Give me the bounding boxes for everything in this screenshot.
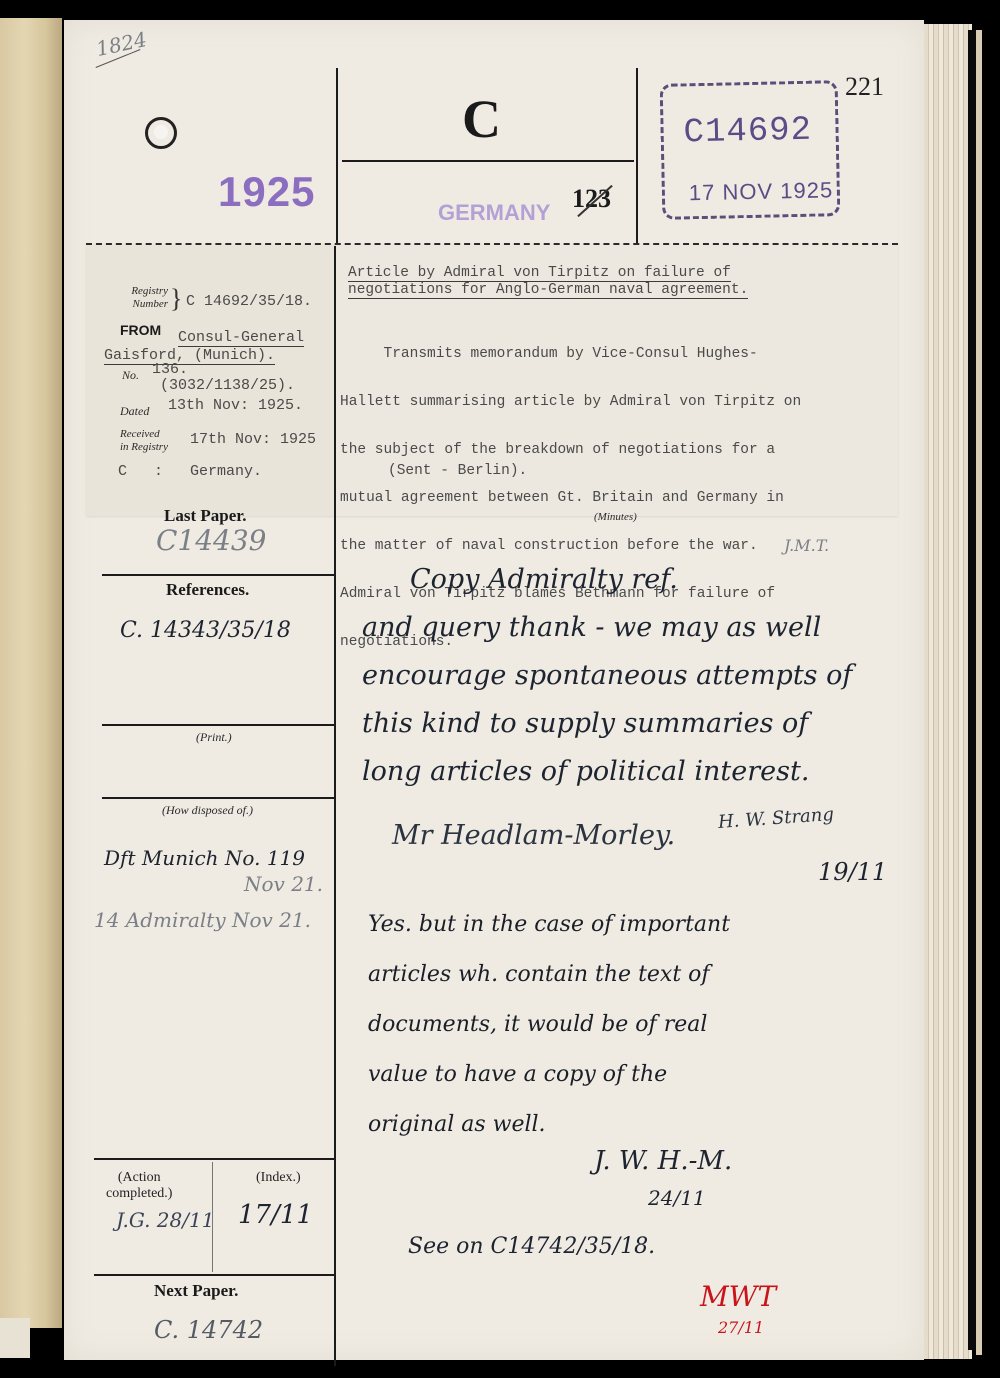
registry-number: C 14692/35/18.: [186, 294, 312, 310]
left-binding-spine: [0, 18, 62, 1328]
minute-1-line: long articles of political interest.: [362, 748, 852, 796]
subject-body-line: the subject of the breakdown of negotiat…: [340, 442, 801, 458]
punch-hole-mark: [145, 117, 177, 149]
divider-disposal: [102, 797, 334, 799]
subject-body-line: Transmits memorandum by Vice-Consul Hugh…: [340, 346, 801, 362]
next-paper-label: Next Paper.: [154, 1281, 238, 1301]
references-label: References.: [166, 580, 249, 600]
divider-next-paper: [94, 1274, 334, 1276]
divider-references: [102, 574, 334, 576]
minute-1-addressee: Mr Headlam-Morley.: [392, 820, 675, 851]
left-binding-edge: [0, 1318, 30, 1358]
dated-value: 13th Nov: 1925.: [168, 398, 303, 414]
minute-2-line: original as well.: [368, 1100, 730, 1150]
received-label: Received in Registry: [120, 428, 168, 454]
country-number: 123: [572, 184, 611, 214]
folio-number: 221: [845, 72, 884, 102]
from-line-1: Consul-General: [178, 330, 304, 347]
received-value: 17th Nov: 1925: [190, 432, 316, 448]
registry-stamp-date: 17 NOV 1925: [689, 177, 834, 206]
minute-2: Yes. but in the case of important articl…: [368, 900, 730, 1150]
dated-label: Dated: [120, 404, 149, 419]
slip-top-edge: [86, 243, 898, 245]
disposal-line-1-date: Nov 21.: [244, 872, 323, 896]
minute-2-line: value to have a copy of the: [368, 1050, 730, 1100]
minutes-label: (Minutes): [594, 511, 637, 523]
no-label: No.: [122, 368, 139, 383]
last-paper-value: C14439: [156, 524, 267, 557]
minute-1-line: encourage spontaneous attempts of: [362, 652, 852, 700]
index-label: (Index.): [256, 1170, 301, 1186]
department-letter: C: [462, 88, 501, 150]
disposal-line-2: 14 Admiralty Nov 21.: [94, 908, 311, 932]
disposal-line-1: Dft Munich No. 119: [104, 846, 305, 870]
column-divider: [334, 246, 336, 1366]
action-completed-value: J.G. 28/11: [116, 1208, 214, 1232]
registry-number-label: Registry Number: [122, 285, 168, 311]
subject-body-line: mutual agreement between Gt. Britain and…: [340, 490, 801, 506]
from-line-2: Gaisford, (Munich).: [104, 348, 275, 365]
minute-2-signature: J. W. H.-M.: [594, 1146, 732, 1176]
minute-2-line: Yes. but in the case of important: [368, 900, 730, 950]
year-stamp: 1925: [218, 168, 315, 216]
page-edges: [924, 24, 972, 1359]
last-paper-label: Last Paper.: [164, 506, 247, 526]
subject-title-line-1: Article by Admiral von Tirpitz on failur…: [348, 265, 731, 282]
index-value: 17/11: [238, 1200, 313, 1230]
header-divider-left: [336, 68, 338, 244]
sent-line: (Sent - Berlin).: [388, 463, 527, 479]
next-paper-value: C. 14742: [154, 1316, 263, 1344]
minute-1-line: Copy Admiralty ref.: [362, 556, 852, 604]
minute-1-line: and query thank - we may as well: [362, 604, 852, 652]
see-note: See on C14742/35/18.: [408, 1234, 655, 1259]
header-divider-right: [636, 68, 638, 244]
how-disposed-label: (How disposed of.): [162, 803, 253, 818]
divider-action: [94, 1158, 334, 1160]
no-reference: (3032/1138/25).: [160, 378, 295, 394]
minute-2-date: 24/11: [648, 1186, 706, 1210]
brace-glyph: }: [170, 284, 182, 314]
minute-2-line: articles wh. contain the text of: [368, 950, 730, 1000]
print-label: (Print.): [196, 730, 232, 745]
references-value: C. 14343/35/18: [120, 618, 291, 643]
red-date: 27/11: [718, 1318, 764, 1337]
minutes-initials-top: J.M.T.: [784, 536, 829, 555]
page-edge-outer: [976, 30, 982, 1355]
minute-1-line: this kind to supply summaries of: [362, 700, 852, 748]
from-label: FROM: [120, 322, 161, 338]
department-line: C : Germany.: [118, 464, 262, 480]
action-completed-label: (Action completed.): [106, 1170, 172, 1202]
red-initials: MWT: [700, 1280, 776, 1313]
minute-2-line: documents, it would be of real: [368, 1000, 730, 1050]
country-stamp: GERMANY: [438, 200, 550, 226]
no-value: 136.: [152, 362, 188, 378]
registry-stamp: C14692 17 NOV 1925: [660, 80, 841, 220]
subject-body-line: Hallett summarising article by Admiral v…: [340, 394, 801, 410]
registry-stamp-number: C14692: [683, 112, 812, 153]
subject-body-line: the matter of naval construction before …: [340, 538, 801, 554]
minute-1-date: 19/11: [818, 858, 887, 886]
header-divider-middle: [342, 160, 634, 162]
minute-1: Copy Admiralty ref. and query thank - we…: [362, 556, 852, 796]
divider-print: [102, 724, 334, 726]
subject-title-line-2: negotiations for Anglo-German naval agre…: [348, 282, 748, 299]
